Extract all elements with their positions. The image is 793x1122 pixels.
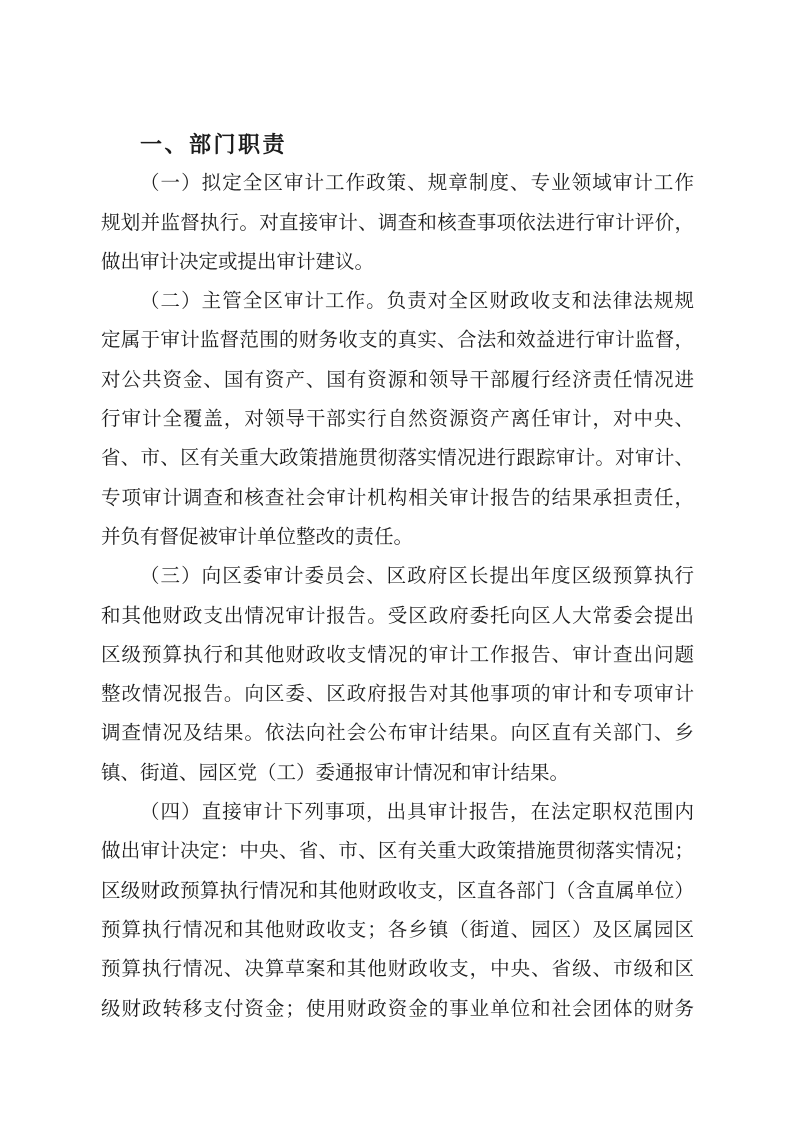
document-body: （一）拟定全区审计工作政策、规章制度、专业领域审计工作规划并监督执行。对直接审计… <box>101 164 694 1029</box>
text-line: 预算执行情况和其他财政收支；各乡镇（街道、园区）及区属园区 <box>101 911 694 950</box>
text-line: 区级财政预算执行情况和其他财政收支，区直各部门（含直属单位） <box>101 872 694 911</box>
text-line: 调查情况及结果。依法向社会公布审计结果。向区直有关部门、乡 <box>101 714 694 753</box>
document-page: 一、部门职责 （一）拟定全区审计工作政策、规章制度、专业领域审计工作规划并监督执… <box>0 0 793 1122</box>
text-line: 预算执行情况、决算草案和其他财政收支，中央、省级、市级和区 <box>101 950 694 989</box>
text-line: （二）主管全区审计工作。负责对全区财政收支和法律法规规 <box>101 282 694 321</box>
text-line: （一）拟定全区审计工作政策、规章制度、专业领域审计工作 <box>101 164 694 203</box>
text-line: （三）向区委审计委员会、区政府区长提出年度区级预算执行 <box>101 557 694 596</box>
text-line: 行审计全覆盖，对领导干部实行自然资源资产离任审计，对中央、 <box>101 400 694 439</box>
text-line: 整改情况报告。向区委、区政府报告对其他事项的审计和专项审计 <box>101 675 694 714</box>
text-line: （四）直接审计下列事项，出具审计报告，在法定职权范围内 <box>101 793 694 832</box>
text-line: 专项审计调查和核查社会审计机构相关审计报告的结果承担责任， <box>101 479 694 518</box>
text-line: 对公共资金、国有资产、国有资源和领导干部履行经济责任情况进 <box>101 361 694 400</box>
section-heading: 一、部门职责 <box>101 125 694 164</box>
document-content: 一、部门职责 （一）拟定全区审计工作政策、规章制度、专业领域审计工作规划并监督执… <box>101 125 694 1029</box>
text-line: 和其他财政支出情况审计报告。受区政府委托向区人大常委会提出 <box>101 597 694 636</box>
text-line: 并负有督促被审计单位整改的责任。 <box>101 518 694 557</box>
text-line: 规划并监督执行。对直接审计、调查和核查事项依法进行审计评价， <box>101 204 694 243</box>
text-line: 做出审计决定或提出审计建议。 <box>101 243 694 282</box>
text-line: 省、市、区有关重大政策措施贯彻落实情况进行跟踪审计。对审计、 <box>101 439 694 478</box>
text-line: 级财政转移支付资金；使用财政资金的事业单位和社会团体的财务 <box>101 990 694 1029</box>
text-line: 做出审计决定：中央、省、市、区有关重大政策措施贯彻落实情况； <box>101 832 694 871</box>
text-line: 定属于审计监督范围的财务收支的真实、合法和效益进行审计监督， <box>101 321 694 360</box>
text-line: 镇、街道、园区党（工）委通报审计情况和审计结果。 <box>101 754 694 793</box>
text-line: 区级预算执行和其他财政收支情况的审计工作报告、审计查出问题 <box>101 636 694 675</box>
